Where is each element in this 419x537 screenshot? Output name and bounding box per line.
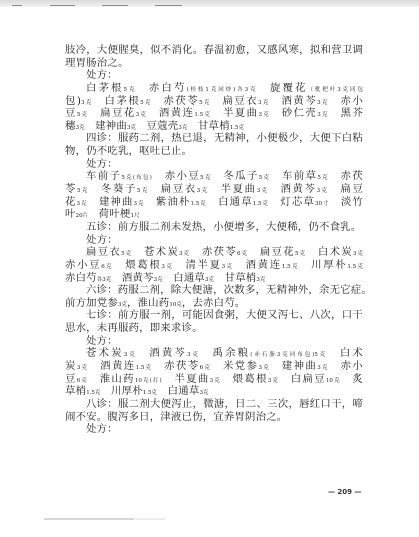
text-line: 扁豆衣5克 苍术炭3克 赤茯苓6克 扁豆花5克 白术炭3克 — [65, 246, 363, 259]
text-line: 处方： — [65, 423, 363, 436]
text-line: 七诊：前方服一剂，可能因食粥，大便又泻七、八次，口干 — [65, 309, 363, 322]
text-line: 闹不安。腹泻多日，津液已伤，宜养胃阴治之。 — [65, 411, 363, 424]
text-line: 前方加党参3克，淮山药10克，去赤白芍。 — [65, 297, 363, 310]
scan-mark — [102, 5, 128, 6]
text-line: 车前子5克(布包) 赤小豆5克 冬瓜子5克 车前草5克 赤茯 — [65, 170, 363, 183]
text-line: 花3克 建神曲3克 紫油朴1.5克 白通草1.5克 灯芯草30寸 淡竹 — [65, 196, 363, 209]
text-line: 思水，未再服药，即来求诊。 — [65, 322, 363, 335]
page-body: 肢冷，大便腥臭，似不消化。春温初愈，又感风寒，拟和营卫调理胃肠治之。处方：白茅根… — [65, 44, 363, 436]
text-line: 理胃肠治之。 — [65, 57, 363, 70]
text-line: 豆5克 扁豆花3克 酒黄连1.5克 半夏曲3克 砂仁壳3克 黑芥 — [65, 107, 363, 120]
text-line: 物，仍不吃乳，呕吐已止。 — [65, 145, 363, 158]
text-line: 草梢1.5克 川厚朴1.5克 白通草3克 — [65, 385, 363, 398]
text-line: 白茅根5克 赤白芍(桂枝1克同炒)各3克 旋覆花（枇杷叶3克同包 — [65, 82, 363, 95]
text-line: 四诊：服药二剂，热已退，无精神，小便极少，大便下白粘 — [65, 132, 363, 145]
text-line: 苓5克 冬葵子5克 扁豆衣3克 半夏曲3克 酒黄芩3克 扁豆 — [65, 183, 363, 196]
text-line: 五诊：前方服二剂未发热，小便增多，大便稀，仍不食乳。 — [65, 221, 363, 234]
text-line: 炭3克 酒黄连1.5克 赤茯苓6克 米党参3克 建神曲3克 赤小 — [65, 360, 363, 373]
text-line: 包)3克 白茅根5克 赤茯苓5克 扁豆衣3克 酒黄芩3克 赤小 — [65, 95, 363, 108]
text-line: 穗3克 建神曲3克 豆蔻壳3克 甘草梢1.5克 — [65, 120, 363, 133]
text-line: 处方： — [65, 158, 363, 171]
scan-bottom-artifact — [44, 518, 134, 520]
scan-mark — [12, 5, 22, 6]
text-line: 肢冷，大便腥臭，似不消化。春温初愈，又感风寒，拟和营卫调 — [65, 44, 363, 57]
text-line: 处方： — [65, 69, 363, 82]
page-number: — 209 — — [328, 488, 362, 496]
text-line: 处方： — [65, 234, 363, 247]
scan-mark — [50, 5, 75, 6]
scan-bottom-artifact — [135, 518, 165, 520]
text-line: 八诊：服二剂大便泻止，微溏，日二、三次，唇红口干，啼 — [65, 398, 363, 411]
text-line: 苍术炭3克 酒黄芩3克 禹余粮(赤石脂3克同布包)5克 白术 — [65, 347, 363, 360]
text-line: 叶20片 荷叶梗1尺 — [65, 208, 363, 221]
text-line: 赤白芍各3克 酒黄芩3克 白通草3克 甘草梢3克 — [65, 272, 363, 285]
text-line: 豆6克 淮山药10克(打) 半夏曲3克 煨葛根3克 白扁豆10克 炙 — [65, 373, 363, 386]
scan-mark — [155, 5, 182, 6]
text-line: 赤小豆6克 煨葛根3克 清半夏3克 酒黄连1.5克 川厚朴1.5克 — [65, 259, 363, 272]
text-line: 六诊：药服二剂，除大便溏，次数多，无精神外，余无它症。 — [65, 284, 363, 297]
text-line: 处方： — [65, 335, 363, 348]
